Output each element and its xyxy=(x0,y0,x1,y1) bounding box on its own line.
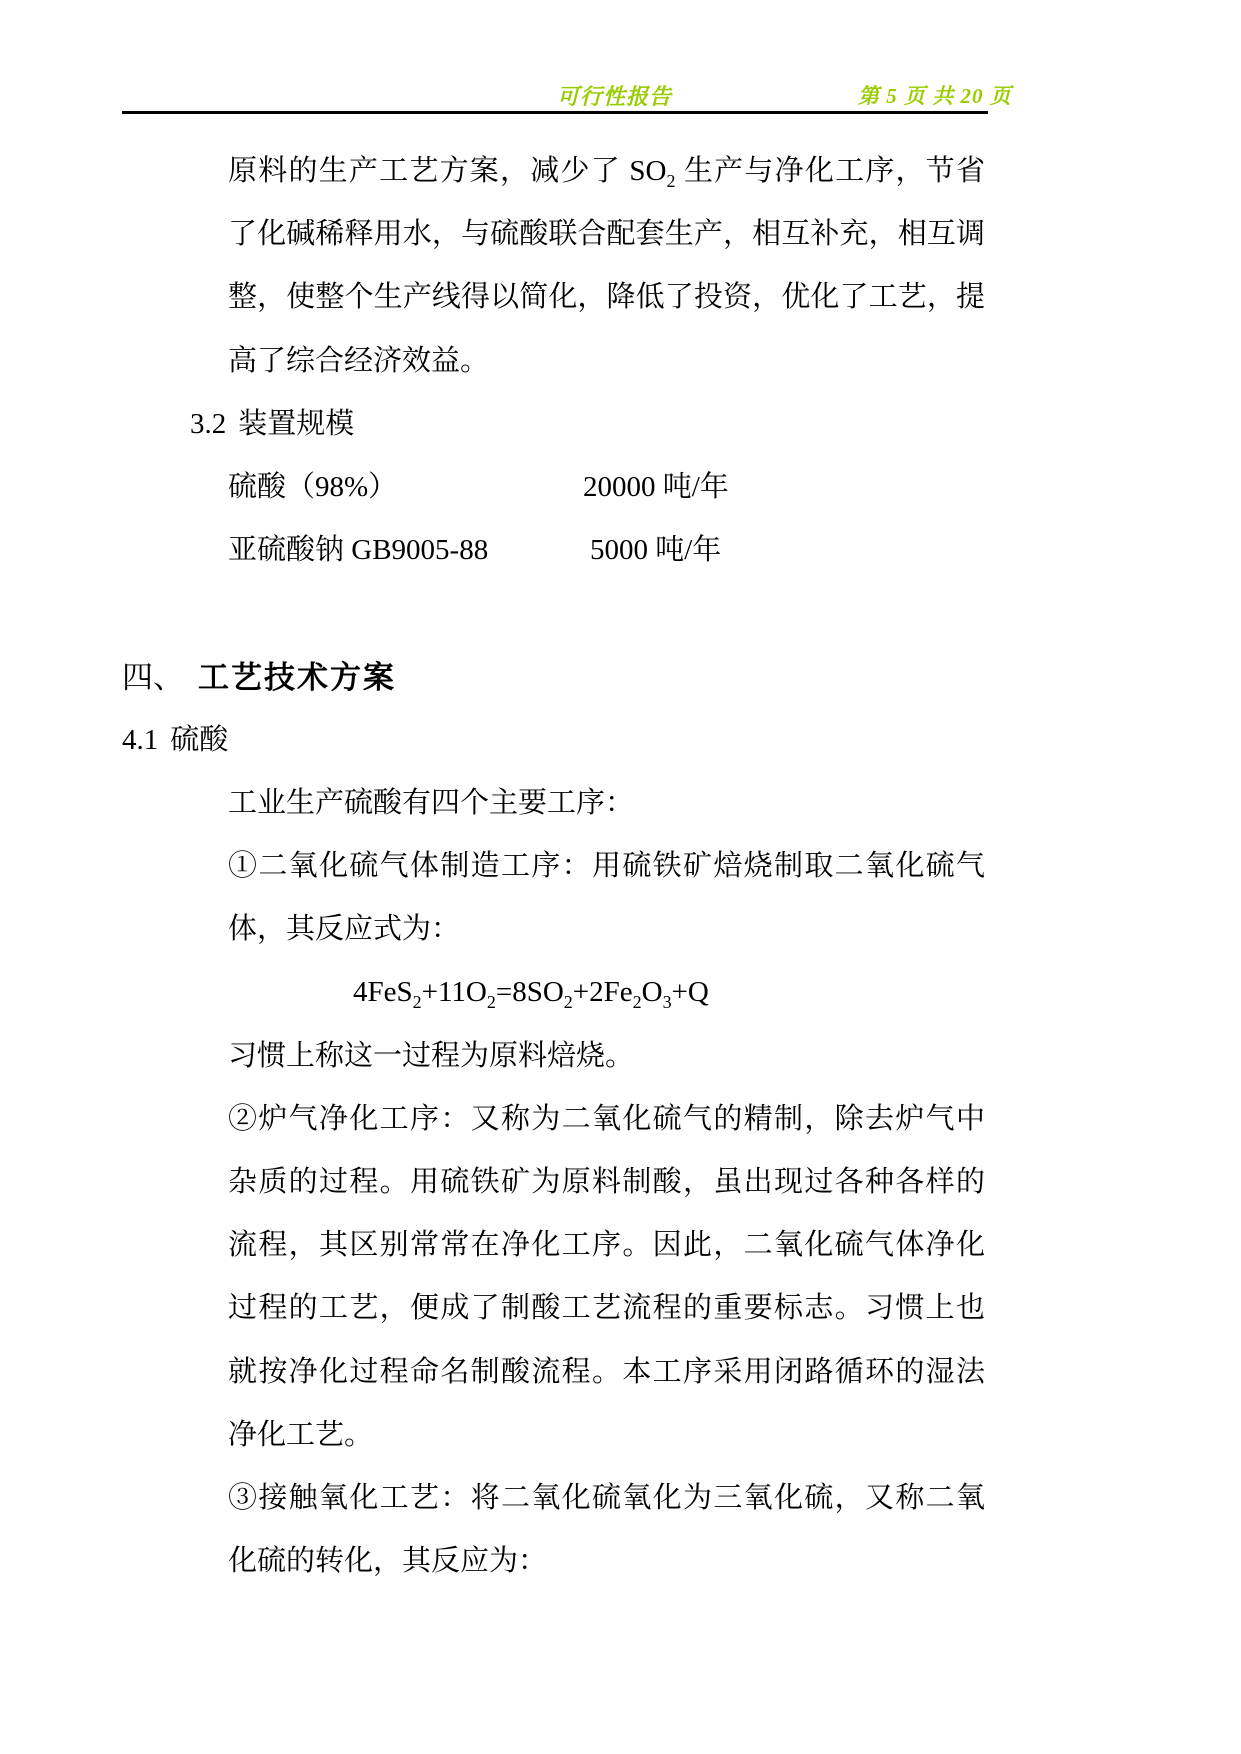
paragraph-text: 生产与净化工序，节省 xyxy=(675,155,985,187)
document-body: 原料的生产工艺方案，减少了 SO2 生产与净化工序，节省 了化碱稀释用水，与硫酸… xyxy=(0,140,1241,1593)
paragraph-line: 净化工艺。 xyxy=(228,1404,985,1467)
section-number: 四、 xyxy=(122,660,184,695)
subscript: 2 xyxy=(564,992,573,1012)
paragraph-line: 流程，其区别常常在净化工序。因此，二氧化硫气体净化 xyxy=(228,1214,985,1277)
paragraph-line: 体，其反应式为： xyxy=(228,898,985,961)
capacity-row: 硫酸（98%）20000 吨/年 xyxy=(228,456,1128,519)
paragraph-line: ②炉气净化工序：又称为二氧化硫气的精制，除去炉气中 xyxy=(228,1088,985,1151)
capacity-value: 20000 吨/年 xyxy=(583,456,729,519)
header-page-info: 第 5 页 共 20 页 xyxy=(858,80,1012,110)
section-number: 3.2 xyxy=(190,408,226,440)
capacity-value: 5000 吨/年 xyxy=(590,519,721,582)
formula-text: +2Fe xyxy=(573,976,633,1008)
section-heading-3-2: 3.2装置规模 xyxy=(190,393,1241,456)
paragraph-line: 高了综合经济效益。 xyxy=(228,330,985,393)
section-title: 硫酸 xyxy=(170,724,228,756)
paragraph-line: 杂质的过程。用硫铁矿为原料制酸，虽出现过各种各样的 xyxy=(228,1151,985,1214)
paragraph-line: 习惯上称这一过程为原料焙烧。 xyxy=(228,1025,985,1088)
paragraph-line: 过程的工艺，便成了制酸工艺流程的重要标志。习惯上也 xyxy=(228,1277,985,1340)
subscript: 2 xyxy=(487,992,496,1012)
header-rule xyxy=(122,111,988,114)
paragraph-line: ③接触氧化工艺：将二氧化硫氧化为三氧化硫，又称二氧 xyxy=(228,1467,985,1530)
paragraph-line: ①二氧化硫气体制造工序：用硫铁矿焙烧制取二氧化硫气 xyxy=(228,835,985,898)
blank-line xyxy=(0,582,1241,645)
paragraph-line: 了化碱稀释用水，与硫酸联合配套生产，相互补充，相互调 xyxy=(228,203,985,266)
formula-text: =8SO xyxy=(496,976,564,1008)
capacity-label: 硫酸（98%） xyxy=(228,471,397,503)
capacity-row: 亚硫酸钠 GB9005-885000 吨/年 xyxy=(228,519,1128,582)
paragraph-line: 就按净化过程命名制酸流程。本工序采用闭路循环的湿法 xyxy=(228,1341,985,1404)
section-title: 装置规模 xyxy=(238,408,354,440)
subscript: 3 xyxy=(663,992,672,1012)
section-heading-4: 四、工艺技术方案 xyxy=(122,646,1241,709)
header-doc-title: 可行性报告 xyxy=(557,80,672,111)
section-number: 4.1 xyxy=(122,724,158,756)
formula-text: 4FeS xyxy=(353,976,413,1008)
paragraph-line: 化硫的转化，其反应为： xyxy=(228,1530,985,1593)
formula-text: +Q xyxy=(672,976,709,1008)
capacity-label: 亚硫酸钠 GB9005-88 xyxy=(228,534,488,566)
paragraph-line: 整，使整个生产线得以简化，降低了投资，优化了工艺，提 xyxy=(228,266,985,329)
paragraph-line: 原料的生产工艺方案，减少了 SO2 生产与净化工序，节省 xyxy=(228,140,985,203)
document-page: 可行性报告 第 5 页 共 20 页 原料的生产工艺方案，减少了 SO2 生产与… xyxy=(0,0,1241,1754)
subscript: 2 xyxy=(633,992,642,1012)
subscript: 2 xyxy=(413,992,422,1012)
paragraph-line: 工业生产硫酸有四个主要工序： xyxy=(228,772,985,835)
formula-text: O xyxy=(642,976,663,1008)
section-heading-4-1: 4.1硫酸 xyxy=(122,709,1241,772)
paragraph-text: 原料的生产工艺方案，减少了 SO xyxy=(228,155,667,187)
chemical-formula: 4FeS2+11O2=8SO2+2Fe2O3+Q xyxy=(353,961,1241,1024)
formula-text: +11O xyxy=(422,976,487,1008)
section-title: 工艺技术方案 xyxy=(198,660,396,695)
